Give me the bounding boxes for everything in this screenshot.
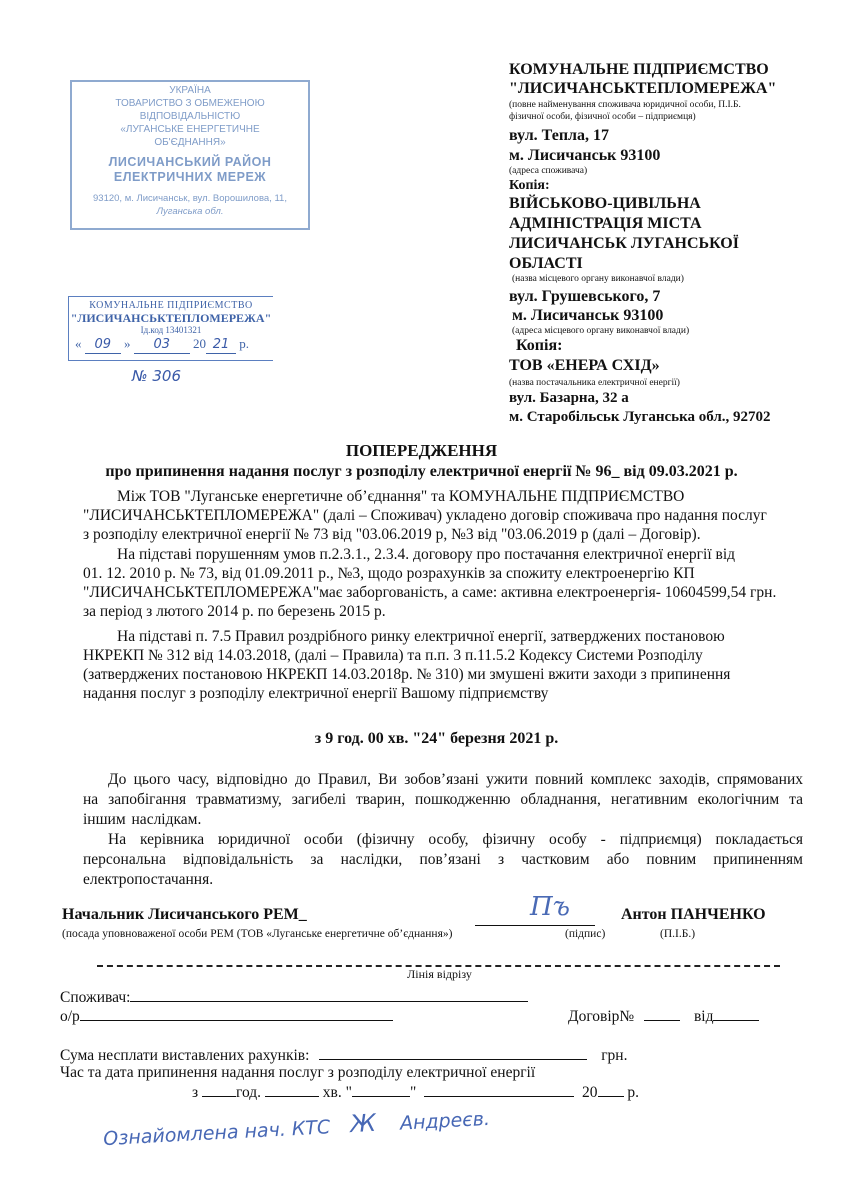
cutoff-time: з 9 год. 00 хв. "24" березня 2021 р. [0, 730, 843, 748]
copy2-name: ТОВ «ЕНЕРА СХІД» [509, 356, 660, 375]
recipient-name-line2: "ЛИСИЧАНСЬКТЕПЛОМЕРЕЖА" [509, 79, 776, 98]
stamp-year: 21 [206, 337, 236, 354]
copy2-city: м. Старобільськ Луганська обл., 92702 [509, 408, 771, 427]
copy1-name-hint: (назва місцевого органу виконавчої влади… [512, 273, 684, 285]
stamp-org-name: "ЛИСИЧАНСЬКТЕПЛОМЕРЕЖА" [69, 312, 273, 325]
document-subtitle: про припинення надання послуг з розподіл… [0, 463, 843, 481]
signature-hint: (підпис) [565, 928, 605, 940]
stamp-month: 03 [134, 337, 190, 354]
copy1-name: АДМІНІСТРАЦІЯ МІСТА [509, 214, 702, 233]
unpaid-field: Сума несплати виставлених рахунків: грн. [60, 1045, 627, 1065]
stamp-line: ОБ'ЄДНАННЯ» [72, 136, 308, 149]
day-blank [352, 1082, 410, 1097]
copy2-street: вул. Базарна, 32 а [509, 389, 629, 408]
signature-line [475, 925, 595, 926]
consumer-field: Споживач: [60, 987, 528, 1007]
copy2-label: Копія: [516, 336, 562, 355]
stamp-org-code: Ід.код 13401321 [69, 325, 273, 336]
registration-stamp: КОМУНАЛЬНЕ ПІДПРИЄМСТВО "ЛИСИЧАНСЬКТЕПЛО… [68, 296, 273, 361]
stamp-line: «ЛУГАНСЬКЕ ЕНЕРГЕТИЧНЕ [72, 123, 308, 136]
recipient-name-hint: (повне найменування споживача юридичної … [509, 99, 741, 111]
signer-name-hint: (П.І.Б.) [660, 928, 695, 940]
stamp-region: Луганська обл. [72, 205, 308, 218]
para2-line: На підставі порушенням умов п.2.3.1., 2.… [117, 545, 735, 564]
contract-number-blank [644, 1006, 680, 1021]
stamp-line: УКРАЇНА [72, 84, 308, 97]
recipient-name-hint: фізичної особи, фізичної особи – підприє… [509, 111, 696, 123]
contract-date-blank [713, 1006, 759, 1021]
stamp-day: 09 [85, 337, 121, 354]
cut-line-label: Лінія відрізу [0, 967, 843, 982]
document-title: ПОПЕРЕДЖЕННЯ [0, 441, 843, 461]
recipient-name-line1: КОМУНАЛЬНЕ ПІДПРИЄМСТВО [509, 60, 769, 79]
stamp-unit-line: ЕЛЕКТРИЧНИХ МЕРЕЖ [72, 170, 308, 185]
month-blank [424, 1082, 574, 1097]
copy1-name: ЛИСИЧАНСЬК ЛУГАНСЬКОЇ [509, 234, 739, 253]
consumer-blank [130, 987, 528, 1002]
copy1-name: ОБЛАСТІ [509, 254, 583, 273]
account-field: о/р [60, 1006, 393, 1026]
stamp-unit-line: ЛИСИЧАНСЬКИЙ РАЙОН [72, 155, 308, 170]
recipient-city: м. Лисичанськ 93100 [509, 146, 660, 165]
copy1-label: Копія: [509, 176, 550, 195]
received-stamp: УКРАЇНА ТОВАРИСТВО З ОБМЕЖЕНОЮ ВІДПОВІДА… [70, 80, 310, 230]
para1-line: Між ТОВ "Луганське енергетичне об’єднанн… [117, 487, 684, 506]
copy2-name-hint: (назва постачальника електричної енергії… [509, 377, 680, 389]
hours-blank [202, 1082, 236, 1097]
stamp-date: « 09 » 03 2021 р. [69, 336, 273, 354]
para5: На керівника юридичної особи (фізичну ос… [83, 830, 803, 890]
para1-line: з розподілу електричної енергії № 73 від… [83, 525, 701, 544]
copy1-name: ВІЙСЬКОВО-ЦИВІЛЬНА [509, 194, 701, 213]
para3-line: НКРЕКП № 312 від 14.03.2018, (далі – Пра… [83, 646, 703, 665]
account-blank [80, 1006, 393, 1021]
para2-line: 01. 12. 2010 р. № 73, від 01.09.2011 р.,… [83, 564, 695, 583]
signer-position: Начальник Лисичанського РЕМ_ [62, 906, 307, 924]
registration-number: № 306 [132, 367, 181, 385]
stop-time-label: Час та дата припинення надання послуг з … [60, 1063, 535, 1082]
stamp-line: ВІДПОВІДАЛЬНІСТЮ [72, 110, 308, 123]
para3-line: (затверджених постановою НКРЕКП 14.03.20… [83, 665, 730, 684]
para2-line: за період з лютого 2014 р. по березень 2… [83, 602, 386, 621]
unpaid-blank [319, 1045, 587, 1060]
para4: До цього часу, відповідно до Правил, Ви … [83, 770, 803, 830]
signer-position-hint: (посада уповноваженої особи РЕМ (ТОВ «Лу… [62, 928, 452, 940]
copy1-street: вул. Грушевського, 7 [509, 287, 660, 306]
stamp-address: 93120, м. Лисичанськ, вул. Ворошилова, 1… [72, 193, 308, 205]
stop-time-field: з год. хв. "" 20 р. [192, 1082, 639, 1102]
year-blank [598, 1082, 624, 1097]
para3-line: надання послуг з розподілу електричної е… [83, 684, 548, 703]
para1-line: "ЛИСИЧАНСЬКТЕПЛОМЕРЕЖА" (далі – Споживач… [83, 506, 767, 525]
signer-name: Антон ПАНЧЕНКО [621, 906, 766, 924]
handwritten-acknowledgement: Ознайомлена нач. КТС Ж Андреєв. [103, 1103, 491, 1151]
handwritten-signature: Ж [349, 1109, 376, 1138]
stamp-line: ТОВАРИСТВО З ОБМЕЖЕНОЮ [72, 97, 308, 110]
signature-scribble: Пъ [530, 892, 570, 922]
copy1-city: м. Лисичанськ 93100 [512, 306, 663, 325]
contract-field: Договір№ від [568, 1006, 759, 1026]
para2-line: "ЛИСИЧАНСЬКТЕПЛОМЕРЕЖА"має заборгованіст… [83, 583, 776, 602]
minutes-blank [265, 1082, 319, 1097]
recipient-street: вул. Тепла, 17 [509, 126, 609, 145]
para3-line: На підставі п. 7.5 Правил роздрібного ри… [117, 627, 725, 646]
